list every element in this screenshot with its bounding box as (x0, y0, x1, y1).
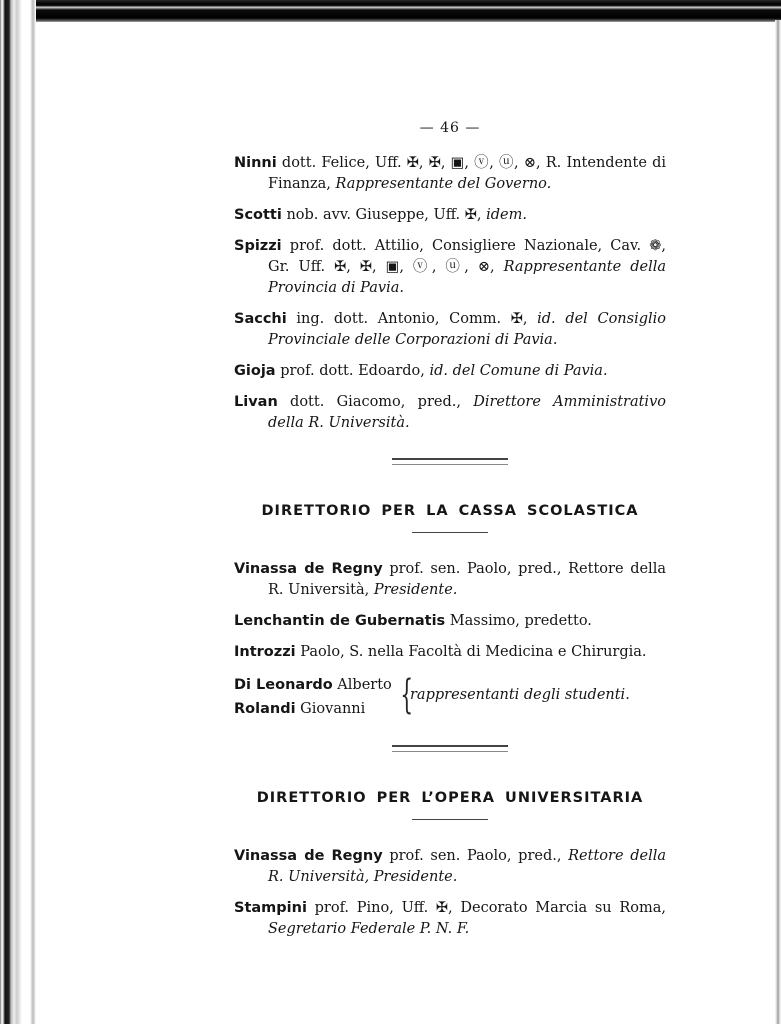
entry-name: Stampini (234, 900, 307, 916)
entry-role: Presidente. (374, 582, 458, 598)
entry: Ninni dott. Felice, Uff. ✠, ✠, ▣, ⓥ, ⓤ, … (234, 153, 666, 195)
section-cassa-scolastica: DIRETTORIO PER LA CASSA SCOLASTICA Vinas… (234, 501, 666, 721)
entry-name: Ninni (234, 155, 277, 171)
entry-name: Introzzi (234, 644, 296, 660)
heading-underline (412, 532, 488, 533)
entry-name: Rolandi (234, 701, 296, 717)
heading-underline (412, 819, 488, 820)
entry-details: nob. avv. Giuseppe, Uff. ✠, (282, 207, 486, 223)
entry-details: dott. Giacomo, pred., (278, 394, 473, 410)
section-divider (392, 458, 508, 465)
student-representatives: Di Leonardo Alberto Rolandi Giovanni { r… (234, 673, 666, 721)
student-entry: Rolandi Giovanni (234, 697, 392, 721)
entry-name: Di Leonardo (234, 677, 333, 693)
entry-given-name: Alberto (333, 677, 392, 693)
section-heading: DIRETTORIO PER LA CASSA SCOLASTICA (234, 501, 666, 522)
entry-name: Lenchantin de Gubernatis (234, 613, 445, 629)
brace-label: rappresentanti degli studenti. (410, 685, 630, 706)
entry-details: prof. dott. Edoardo, (276, 363, 430, 379)
entry-name: Sacchi (234, 311, 287, 327)
student-names: Di Leonardo Alberto Rolandi Giovanni (234, 673, 392, 721)
entry: Sacchi ing. dott. Antonio, Comm. ✠, id. … (234, 309, 666, 351)
entry: Lenchantin de Gubernatis Massimo, predet… (234, 611, 666, 632)
entry-details: Paolo, S. nella Facoltà di Medicina e Ch… (296, 644, 647, 660)
entry-name: Scotti (234, 207, 282, 223)
entry-name: Livan (234, 394, 278, 410)
entry-given-name: Giovanni (296, 701, 366, 717)
entry: Introzzi Paolo, S. nella Facoltà di Medi… (234, 642, 666, 663)
entry-details: prof. Pino, Uff. ✠, Decorato Marcia su R… (307, 900, 666, 916)
entry: Spizzi prof. dott. Attilio, Consigliere … (234, 236, 666, 299)
scan-right-edge (775, 20, 781, 1024)
entry-details: Massimo, predetto. (445, 613, 592, 629)
entry-name: Gioja (234, 363, 276, 379)
scan-binding-edge (0, 0, 36, 1024)
entry-role: idem. (486, 207, 527, 223)
entry: Vinassa de Regny prof. sen. Paolo, pred.… (234, 846, 666, 888)
section-divider (392, 745, 508, 752)
entry-details: prof. sen. Paolo, pred., (383, 848, 568, 864)
entry-details: ing. dott. Antonio, Comm. ✠, (287, 311, 537, 327)
entry-role: id. del Comune di Pavia. (430, 363, 608, 379)
entry-name: Spizzi (234, 238, 282, 254)
page-number: — 46 — (234, 118, 666, 139)
entry: Livan dott. Giacomo, pred., Direttore Am… (234, 392, 666, 434)
entry: Vinassa de Regny prof. sen. Paolo, pred.… (234, 559, 666, 601)
section-opera-universitaria: DIRETTORIO PER L’OPERA UNIVERSITARIA Vin… (234, 788, 666, 940)
entry-name: Vinassa de Regny (234, 561, 383, 577)
student-entry: Di Leonardo Alberto (234, 673, 392, 697)
scan-top-edge (0, 0, 781, 22)
section-representatives: Ninni dott. Felice, Uff. ✠, ✠, ▣, ⓥ, ⓤ, … (234, 153, 666, 434)
entry: Gioja prof. dott. Edoardo, id. del Comun… (234, 361, 666, 382)
section-heading: DIRETTORIO PER L’OPERA UNIVERSITARIA (234, 788, 666, 809)
entry-role: Segretario Federale P. N. F. (268, 921, 469, 937)
entry: Stampini prof. Pino, Uff. ✠, Decorato Ma… (234, 898, 666, 940)
entry-role: Rappresentante del Governo. (336, 176, 552, 192)
entry-name: Vinassa de Regny (234, 848, 383, 864)
entry: Scotti nob. avv. Giuseppe, Uff. ✠, idem. (234, 205, 666, 226)
document-page: — 46 — Ninni dott. Felice, Uff. ✠, ✠, ▣,… (234, 118, 666, 950)
